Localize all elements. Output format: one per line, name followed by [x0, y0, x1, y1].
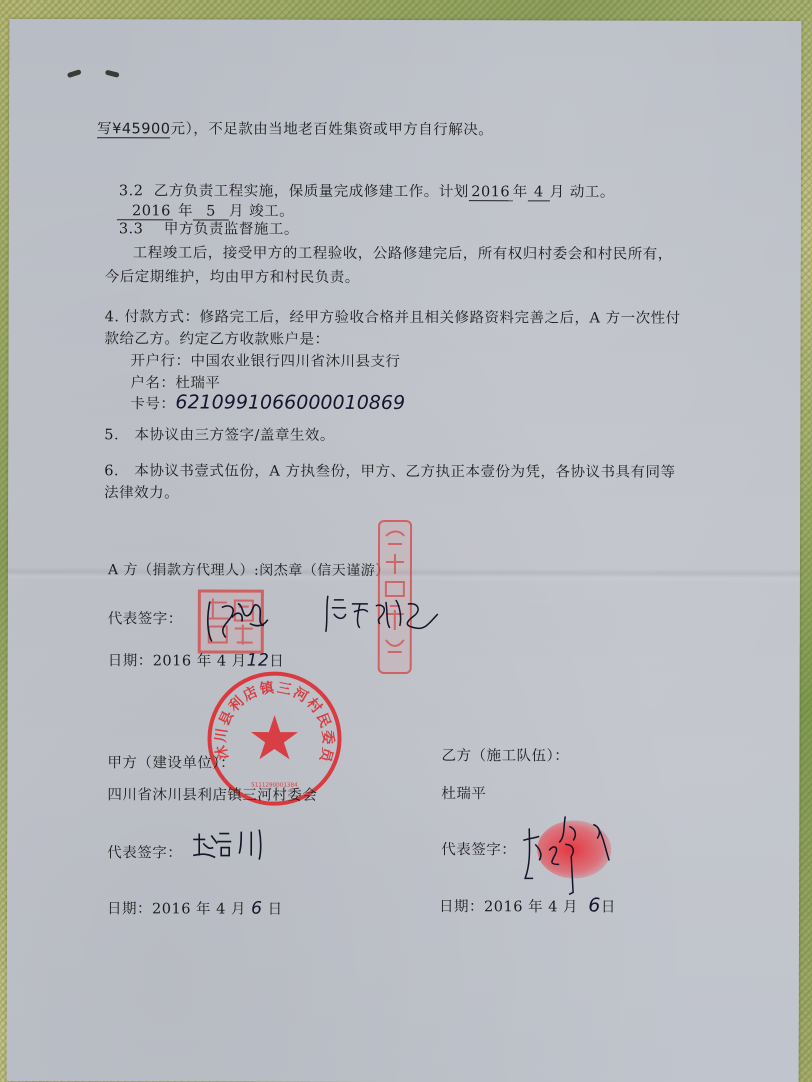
- party-yi-signature: [513, 812, 643, 892]
- card-number: 6210991066000010869: [175, 391, 405, 414]
- party-jia-date: 日期：2016 年 4 月 6 日: [107, 897, 283, 918]
- party-jia-date-day: 6: [251, 899, 262, 919]
- party-yi-date-day: 6: [588, 894, 601, 916]
- staple-mark-left: [67, 69, 82, 78]
- party-jia-signature: [189, 825, 269, 861]
- clause-3-1-tail: 写¥45900元），不足款由当地老百姓集资或甲方自行解决。: [97, 117, 493, 139]
- account-name-line: 户名：杜瑞平: [130, 371, 220, 392]
- clause-4-line1: 4. 付款方式：修路完工后，经甲方验收合格并且相关修路资料完善之后，A 方一次性…: [105, 305, 681, 328]
- party-a-signature-2: [320, 590, 450, 640]
- party-a-heading: A 方（捐款方代理人）:闵杰章（信天谨游）: [108, 559, 390, 580]
- party-yi-name: 杜瑞平: [441, 782, 486, 803]
- start-year: 2016: [469, 185, 513, 201]
- party-jia-heading: 甲方（建设单位）：: [107, 751, 235, 772]
- clause-4-line2: 款给乙方。约定乙方收款账户是：: [105, 327, 330, 349]
- party-a-sign-label: 代表签字：: [108, 607, 183, 628]
- clause-3-3-para-line1: 工程竣工后，接受甲方的工程验收，公路修建完后，所有权归村委会和村民所有，: [133, 241, 673, 263]
- clause-3-3-heading: 3.3 甲方负责监督施工。: [119, 217, 299, 238]
- card-number-line: 卡号：6210991066000010869: [130, 391, 405, 414]
- party-jia-org: 四川省沐川县利店镇三河村委会: [107, 783, 317, 805]
- agreement-page: 写¥45900元），不足款由当地老百姓集资或甲方自行解决。 3.2 乙方负责工程…: [7, 19, 802, 1082]
- party-yi-heading: 乙方（施工队伍）：: [441, 744, 569, 765]
- clause-6-line2: 法律效力。: [104, 481, 179, 502]
- donation-amount: 写¥45900: [97, 122, 170, 138]
- start-month: 4: [528, 185, 550, 201]
- party-a-date-day: 12: [247, 651, 270, 671]
- party-jia-sign-label: 代表签字：: [107, 841, 182, 862]
- account-name: 杜瑞平: [175, 375, 220, 391]
- clause-3-2-line1: 3.2 乙方负责工程实施，保质量完成修建工作。计划2016年4月 动工。: [119, 179, 615, 202]
- bank-line: 开户行：中国农业银行四川省沐川县支行: [130, 349, 400, 371]
- clause-3-3-para-line2: 今后定期维护，均由甲方和村民负责。: [105, 265, 360, 287]
- staple-mark-right: [105, 70, 120, 78]
- party-yi-date: 日期：2016 年 4 月 6日: [439, 894, 616, 916]
- party-a-signature-1: [204, 587, 284, 657]
- party-a-date: 日期：2016 年 4 月12日: [108, 649, 285, 670]
- bank-name: 中国农业银行四川省沐川县支行: [190, 353, 400, 370]
- clause-5: 5. 本协议由三方签字/盖章生效。: [104, 423, 335, 445]
- party-yi-sign-label: 代表签字：: [441, 838, 516, 859]
- clause-6-line1: 6. 本协议书壹式伍份，A 方执叁份，甲方、乙方执正本壹份为凭，各协议书具有同等: [104, 459, 675, 481]
